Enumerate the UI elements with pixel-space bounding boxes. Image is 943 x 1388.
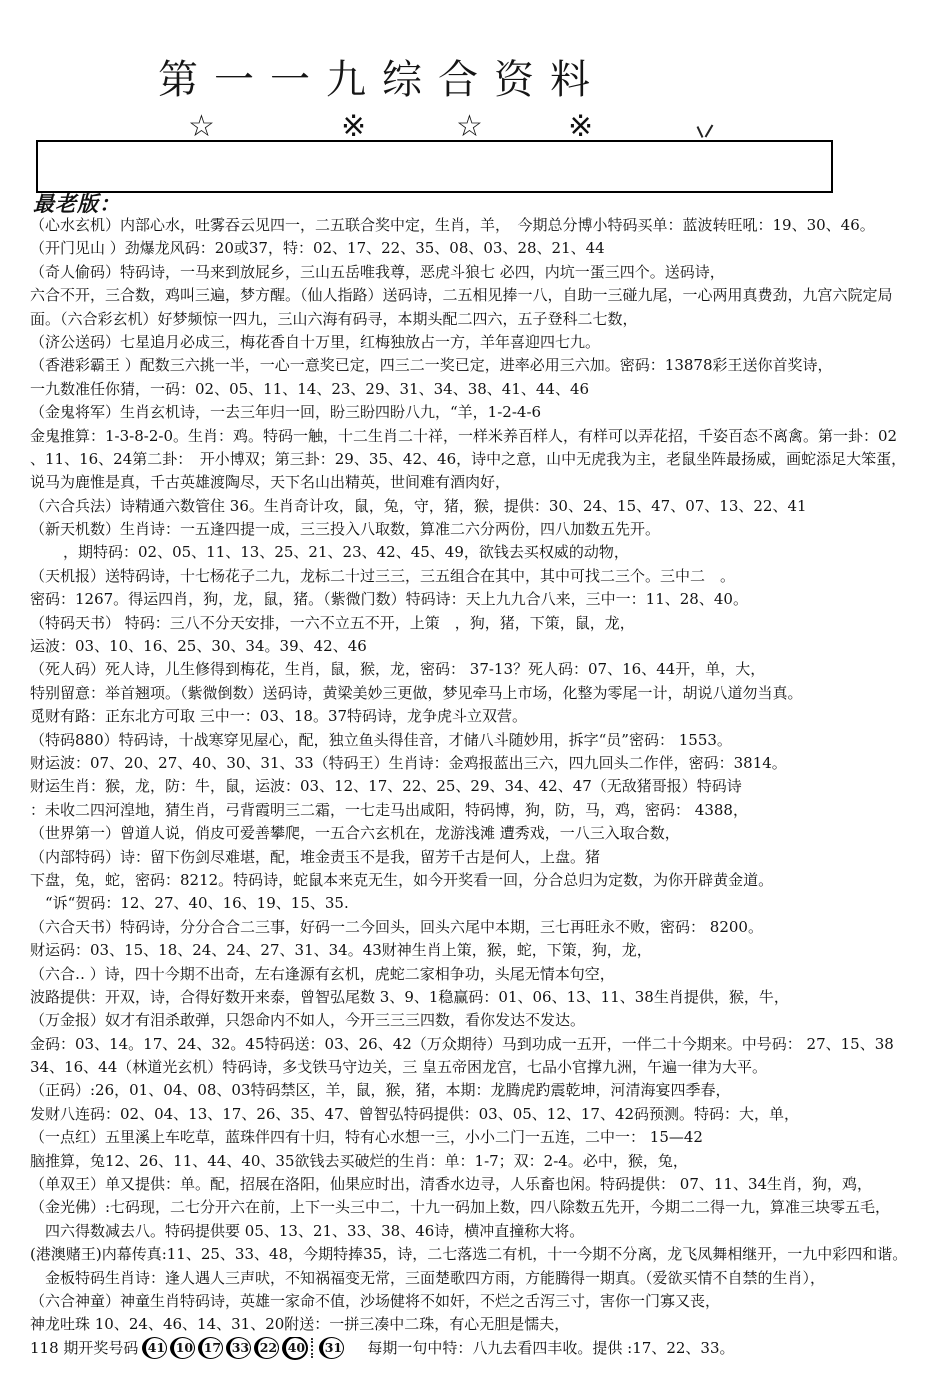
text-line: （金光佛）:七码现，二七分开六在前，上下一头三中二，十九一码加上数，四八除数五先… [30, 1196, 943, 1219]
special-number-ball: 31 [319, 1337, 344, 1359]
text-line: 金板特码生肖诗：逢人遇人三声吠，不知祸福变无常，三面楚歌四方雨，方能腾得一期真。… [30, 1267, 943, 1290]
text-line: （内部特码）诗：留下伤剑尽难堪，配，堆金责玉不是我，留芳千古是何人，上盘。猪 [30, 846, 943, 869]
text-line: 金鬼推算：1-3-8-2-0。生肖：鸡。特码一触，十二生肖二十祥，一样米养百样人… [30, 425, 943, 448]
text-line: 说马为鹿惟是真，千古英雄渡陶尽，天下名山出精英，世间难有酒肉好， [30, 471, 943, 494]
text-line: （香港彩霸王 ）配数三六挑一半，一心一意奖已定，四三二一奖已定，进率必用三六加。… [30, 354, 943, 377]
text-line: 密码：1267。得运四肖，狗，龙，鼠，猪。（紫微门数）特码诗：天上九九合八来，三… [30, 588, 943, 611]
draw-label: 118 期开奖号码 [30, 1337, 138, 1360]
text-line: （特码天书） 特码：三八不分天安排，一六不立五不开，上策 ，狗，猪，下策，鼠，龙… [30, 612, 943, 635]
partial-decoration-icon [695, 120, 717, 140]
text-line: （六合‥ ）诗，四十今期不出奇，左右逢源有玄机，虎蛇二家相争功，头尾无情本句空， [30, 963, 943, 986]
number-ball: 33 [226, 1337, 251, 1359]
draw-tip: 每期一句中特：八九去看四丰收。提供 :17、22、33。 [367, 1337, 734, 1360]
text-line: 下盘，兔，蛇，密码：8212。特码诗，蛇鼠本来克无生，如今开奖看一回，分合总归为… [30, 869, 943, 892]
special-number-separator [311, 1338, 316, 1358]
text-line: 特别留意：举首翘项。（紫微倒数）送码诗，黄梁美妙三更做，梦见牵马上市场，化整为零… [30, 682, 943, 705]
blank-banner-box [36, 140, 833, 193]
text-line: 神龙吐珠 10、24、46、14、31、20附送：一拼三凑中二珠，有心无胆是懦夫… [30, 1313, 943, 1336]
text-line: （金鬼将军）生肖玄机诗，一去三年归一回，盼三盼四盼八九，“羊，1-2-4-6 [30, 401, 943, 424]
number-ball: 10 [170, 1337, 195, 1359]
page-title: 第一一九综合资料 [158, 52, 606, 108]
text-line: （新天机数）生肖诗：一五逢四提一成，三三投入八取数，算准二六分两份，四八加数五先… [30, 518, 943, 541]
text-line: （开门见山 ）劲爆龙风码：20或37，特：02、17、22、35、08、03、2… [30, 237, 943, 260]
text-line: （世界第一）曾道人说，俏皮可爱善攀爬，一五合六玄机在，龙游浅滩 遭秀戏，一八三入… [30, 822, 943, 845]
text-line: （一点红）五里溪上车吃草，蓝珠伴四有十归，特有心水想一三，小小二门一五连，二中一… [30, 1126, 943, 1149]
text-line: 财运生肖：猴，龙，防：牛，鼠，运波：03、12、17、22、25、29、34、4… [30, 775, 943, 798]
draw-result-row: 118 期开奖号码 41 10 17 33 22 40 31 每期一句中特：八九… [30, 1337, 943, 1360]
text-line: 四六得数减去八。特码提供要 05、13、21、33、38、46诗，横冲直撞称大将… [30, 1220, 943, 1243]
reference-mark-icon: ※ [568, 112, 593, 142]
text-line: “诉“贺码：12、27、40、16、19、15、35. [30, 892, 943, 915]
text-line: 运波：03、10、16、25、30、34。39、42、46 [30, 635, 943, 658]
text-line: 六合不开，三合数，鸡叫三遍，梦方醒。（仙人指路）送码诗，二五相见捧一八，自助一三… [30, 284, 943, 307]
text-line: 面。（六合彩玄机）好梦频惊一四九，三山六海有码寻，本期头配二四六，五子登科二七数… [30, 308, 943, 331]
text-line: ，期特码：02、05、11、13、25、21、23、42、45、49，欲钱去买权… [30, 541, 943, 564]
number-ball: 41 [142, 1337, 167, 1359]
text-line: （正码）:26，01、04、08、03特码禁区，羊，鼠，猴，猪，本期：龙腾虎趵震… [30, 1079, 943, 1102]
number-ball: 17 [198, 1337, 223, 1359]
text-line: 一九数准任你猜，一码：02、05、11、14、23、29、31、34、38、41… [30, 378, 943, 401]
text-line: （心水玄机）内部心水，吐雾吞云见四一，二五联合奖中定，生肖，羊， 今期总分博小特… [30, 214, 943, 237]
star-icon: ☆ [188, 112, 215, 142]
text-line: （六合神童）神童生肖特码诗，英雄一家命不值，沙场健将不如奸，不烂之舌泻三寸，害你… [30, 1290, 943, 1313]
text-line: （单双王）单又提供：单。配，招展在洛阳，仙果应时出，清香水边寻，人乐畜也闲。特码… [30, 1173, 943, 1196]
text-line: （万金报）奴才有泪杀敢弹，只怨命内不如人，今开三三三四数，看你发达不发达。 [30, 1009, 943, 1032]
reference-mark-icon: ※ [341, 112, 366, 142]
text-line: （六合天书）特码诗，分分合合二三事，好码一二今回头，回头六尾中本期，三七再旺永不… [30, 916, 943, 939]
text-line: ：未收二四河湟地，猜生肖，弓背霞明三二霜，一七走马出咸阳，特码博，狗，防，马，鸡… [30, 799, 943, 822]
text-line: （济公送码）七星追月必成三，梅花香自十万里，红梅独放占一方，羊年喜迎四七九。 [30, 331, 943, 354]
number-ball: 40 [282, 1337, 308, 1360]
text-line: 34、16、44（林道光玄机）特码诗，多戈铁马守边关，三 皇五帝困龙宫，七品小官… [30, 1056, 943, 1079]
text-line: 财运码：03、15、18、24、24、27、31、34。43财神生肖上策，猴，蛇… [30, 939, 943, 962]
text-line: （死人码）死人诗，儿生修得到梅花，生肖，鼠，猴，龙，密码： 37-13？死人码：… [30, 658, 943, 681]
text-line: 觅财有路：正东北方可取 三中一：03、18。37特码诗，龙争虎斗立双营。 [30, 705, 943, 728]
text-line: 、11、16、24第二卦： 开小博双；第三卦：29、35、42、46，诗中之意，… [30, 448, 943, 471]
text-line: 波路提供：开双，诗，合得好数开来泰，曾智弘尾数 3、9、1稳赢码：01、06、1… [30, 986, 943, 1009]
number-ball: 22 [254, 1337, 279, 1359]
text-line: 发财八连码：02、04、13、17、26、35、47、曾智弘特码提供：03、05… [30, 1103, 943, 1126]
text-line: （六合兵法）诗精通六数管住 36。生肖奇计攻，鼠，兔，守，猪，猴，提供：30、2… [30, 495, 943, 518]
text-line: 金码：03、14。17、24、32。45特码送：03、26、42（万众期待）马到… [30, 1033, 943, 1056]
text-line: （特码880）特码诗，十战寒穿见屋心，配，独立鱼头得佳音，才储八斗随妙用，拆字“… [30, 729, 943, 752]
text-line: 脑推算，兔12、26、11、44、40、35欲钱去买破烂的生肖：单：1-7；双：… [30, 1150, 943, 1173]
text-line: (港澳赌王)内幕传真:11、25、33、48，今期特捧35，诗，二七落选二有机，… [30, 1243, 943, 1266]
text-line: （奇人偷码）特码诗，一马来到放屁乡，三山五岳唯我尊，恶虎斗狼七 必四，内坑一蛋三… [30, 261, 943, 284]
text-line: （天机报）送特码诗，十七杨花子二九，龙标二十过三三，三五组合在其中，其中可找二三… [30, 565, 943, 588]
text-line: 财运波：07、20、27、40、30、31、33（特码王）生肖诗：金鸡报蓝出三六… [30, 752, 943, 775]
section-label: 最老版： [33, 192, 121, 216]
star-icon: ☆ [456, 112, 483, 142]
content-lines: （心水玄机）内部心水，吐雾吞云见四一，二五联合奖中定，生肖，羊， 今期总分博小特… [30, 214, 943, 1360]
